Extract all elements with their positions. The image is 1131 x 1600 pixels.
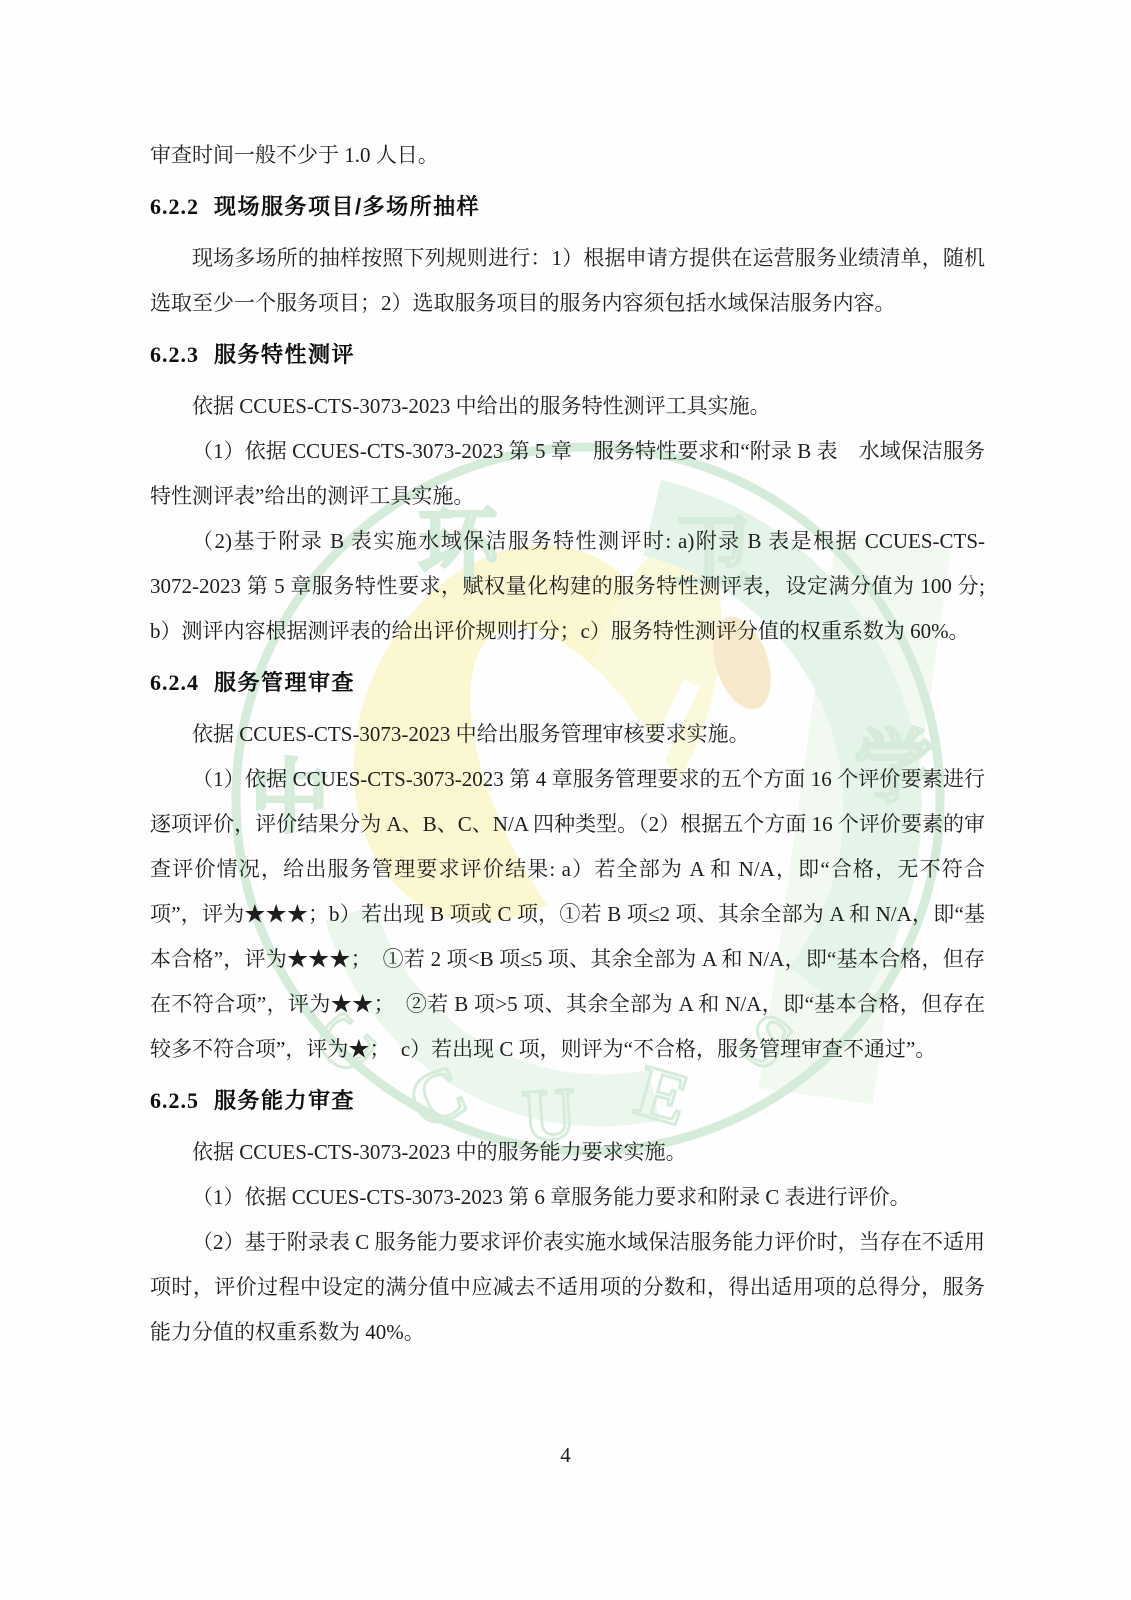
body-paragraph: （1）依据 CCUES-CTS-3073-2023 第 6 章服务能力要求和附录… — [150, 1175, 985, 1220]
section-heading-6-2-5: 6.2.5服务能力审查 — [150, 1085, 985, 1117]
section-heading-6-2-3: 6.2.3服务特性测评 — [150, 339, 985, 371]
section-heading-6-2-4: 6.2.4服务管理审查 — [150, 667, 985, 699]
body-paragraph: （1）依据 CCUES-CTS-3073-2023 第 4 章服务管理要求的五个… — [150, 757, 985, 1072]
body-paragraph: （1）依据 CCUES-CTS-3073-2023 第 5 章 服务特性要求和“… — [150, 429, 985, 519]
document-content: 审查时间一般不少于 1.0 人日。 6.2.2现场服务项目/多场所抽样 现场多场… — [0, 0, 1131, 1355]
body-paragraph: （2）基于附录表 C 服务能力要求评价表实施水域保洁服务能力评价时，当存在不适用… — [150, 1220, 985, 1355]
section-heading-6-2-2: 6.2.2现场服务项目/多场所抽样 — [150, 191, 985, 223]
page-number: 4 — [0, 1443, 1131, 1468]
section-number: 6.2.4 — [150, 670, 199, 695]
section-number: 6.2.2 — [150, 194, 199, 219]
section-title: 服务特性测评 — [214, 342, 355, 367]
section-title: 现场服务项目/多场所抽样 — [214, 194, 480, 219]
section-title: 服务管理审查 — [214, 670, 355, 695]
document-page: 中 环 卫 学 C C U E S 审查时间一般不少于 1.0 人日。 6.2.… — [0, 0, 1131, 1600]
section-number: 6.2.3 — [150, 342, 199, 367]
body-paragraph: 依据 CCUES-CTS-3073-2023 中给出的服务特性测评工具实施。 — [150, 384, 985, 429]
section-number: 6.2.5 — [150, 1088, 199, 1113]
body-paragraph: 依据 CCUES-CTS-3073-2023 中的服务能力要求实施。 — [150, 1130, 985, 1175]
body-paragraph: 现场多场所的抽样按照下列规则进行：1）根据申请方提供在运营服务业绩清单，随机选取… — [150, 236, 985, 326]
body-paragraph: （2)基于附录 B 表实施水域保洁服务特性测评时: a)附录 B 表是根据 CC… — [150, 519, 985, 654]
section-title: 服务能力审查 — [214, 1088, 355, 1113]
body-paragraph: 依据 CCUES-CTS-3073-2023 中给出服务管理审核要求实施。 — [150, 712, 985, 757]
intro-paragraph: 审查时间一般不少于 1.0 人日。 — [150, 133, 985, 178]
